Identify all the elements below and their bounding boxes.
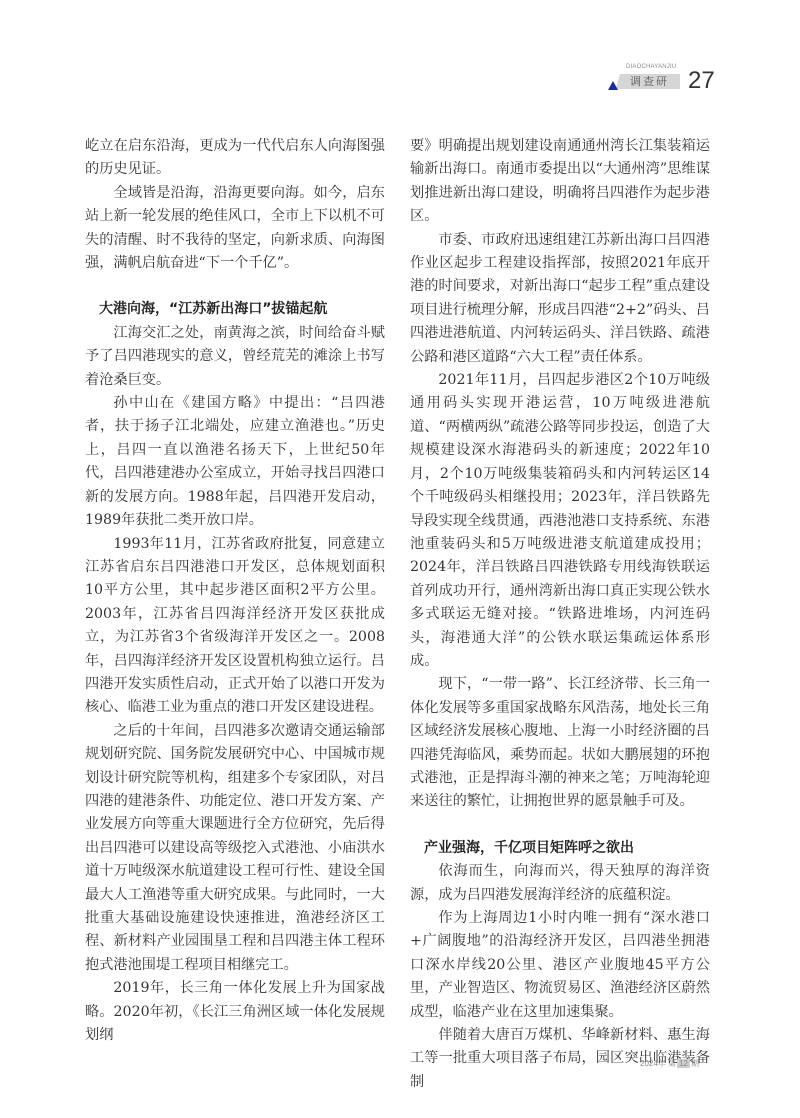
left-column: 屹立在启东沿海，更成为一代代启东人向海图强的历史见证。全域皆是沿海，沿海更要向海… — [85, 135, 385, 1047]
triangle-icon — [608, 81, 618, 90]
paragraph: 2021年11月，吕四起步港区2个10万吨级通用码头实现开港运营，10万吨级进港… — [410, 369, 710, 673]
paragraph: 之后的十年间，吕四港多次邀请交通运输部规划研究院、国务院发展研究中心、中国城市规… — [85, 720, 385, 977]
paragraph: 全域皆是沿海，沿海更要向海。如今，启东站上新一轮发展的绝佳风口，全市上下以机不可… — [85, 182, 385, 276]
paragraph: 市委、市政府迅速组建江苏新出海口吕四港作业区起步工程建设指挥部，按照2021年底… — [410, 229, 710, 369]
footer-issue-prefix: 第 — [668, 1059, 676, 1068]
paragraph: 依海而生，向海而兴，得天独厚的海洋资源，成为吕四港发展海洋经济的底蕴积淀。 — [410, 860, 710, 907]
section-heading: 大港向海，“江苏新出海口”拔锚起航 — [85, 298, 385, 321]
footer-issue-suffix: 期 — [691, 1059, 699, 1068]
paragraph: 孙中山在《建国方略》中提出：“吕四港者，扶于扬子江北端处，应建立渔港也。”历史上… — [85, 392, 385, 532]
right-column: 要》明确提出规划建设南通通州湾长江集装箱运输新出海口。南通市委提出以“大通州湾”… — [410, 135, 710, 1094]
page-number: 27 — [688, 67, 715, 95]
page-header: DIAOCHAYANJIU 调查研究 27 — [608, 64, 728, 104]
paragraph: 作为上海周边1小时内唯一拥有“深水港口+广阔腹地”的沿海经济开发区，吕四港坐拥港… — [410, 907, 710, 1024]
section-heading: 产业强海，千亿项目矩阵呼之欲出 — [410, 837, 710, 860]
paragraph: 江海交汇之处，南黄海之滨，时间给奋斗赋予了吕四港现实的意义，曾经荒芜的滩涂上书写… — [85, 322, 385, 392]
footer-issue-number: 12 — [677, 1059, 690, 1068]
paragraph: 现下，“一带一路”、长江经济带、长三角一体化发展等多重国家战略东风浩荡，地处长三… — [410, 673, 710, 813]
section-badge: 调查研究 — [616, 74, 680, 89]
page-footer: 2024年 第12期 — [640, 1058, 699, 1069]
section-pinyin: DIAOCHAYANJIU — [626, 64, 676, 70]
paragraph: 2019年，长三角一体化发展上升为国家战略。2020年初，《长江三角洲区域一体化… — [85, 977, 385, 1047]
footer-year: 2024年 — [640, 1059, 666, 1068]
paragraph: 屹立在启东沿海，更成为一代代启东人向海图强的历史见证。 — [85, 135, 385, 182]
paragraph: 要》明确提出规划建设南通通州湾长江集装箱运输新出海口。南通市委提出以“大通州湾”… — [410, 135, 710, 229]
section-title: 调查研究 — [630, 74, 680, 104]
paragraph: 1993年11月，江苏省政府批复，同意建立江苏省启东吕四港港口开发区，总体规划面… — [85, 533, 385, 720]
